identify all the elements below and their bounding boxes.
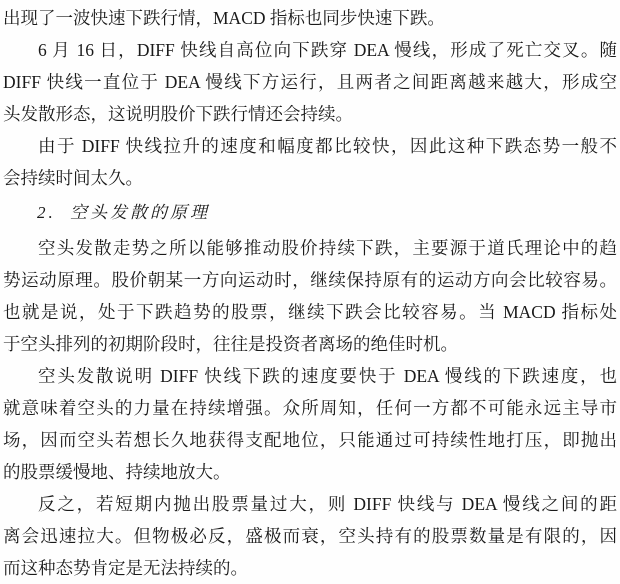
text-line: 于空头排列的初期阶段时，往往是投资者离场的绝佳时机。 — [3, 328, 617, 360]
paragraph: 由于 DIFF 快线拉升的速度和幅度都比较快，因此这种下跌态势一般不会持续时间太… — [3, 130, 617, 194]
text-line: 也就是说，处于下跌趋势的股票，继续下跌会比较容易。当 MACD 指标处 — [3, 296, 617, 328]
text-line: 反之，若短期内抛出股票量过大，则 DIFF 快线与 DEA 慢线之间的距 — [3, 488, 617, 520]
page-text: 出现了一波快速下跌行情，MACD 指标也同步快速下跌。6 月 16 日，DIFF… — [3, 2, 617, 584]
text-line: 由于 DIFF 快线拉升的速度和幅度都比较快，因此这种下跌态势一般不 — [3, 130, 617, 162]
text-line: 就意味着空头的力量在持续增强。众所周知，任何一方都不可能永远主导市 — [3, 392, 617, 424]
paragraph: 空头发散走势之所以能够推动股价持续下跌，主要源于道氏理论中的趋势运动原理。股价朝… — [3, 232, 617, 360]
text-line: 2. 空头发散的原理 — [3, 197, 617, 229]
book-page: 出现了一波快速下跌行情，MACD 指标也同步快速下跌。6 月 16 日，DIFF… — [0, 0, 620, 584]
text-line: DIFF 快线一直位于 DEA 慢线下方运行，且两者之间距离越来越大，形成空 — [3, 66, 617, 98]
text-line: 场，因而空头若想长久地获得支配地位，只能通过可持续性地打压，即抛出 — [3, 424, 617, 456]
paragraph: 6 月 16 日，DIFF 快线自高位向下跌穿 DEA 慢线，形成了死亡交叉。随… — [3, 34, 617, 130]
text-line: 空头发散走势之所以能够推动股价持续下跌，主要源于道氏理论中的趋 — [3, 232, 617, 264]
text-line: 会持续时间太久。 — [3, 162, 617, 194]
text-line: 空头发散说明 DIFF 快线下跌的速度要快于 DEA 慢线的下跌速度，也 — [3, 360, 617, 392]
paragraph: 反之，若短期内抛出股票量过大，则 DIFF 快线与 DEA 慢线之间的距离会迅速… — [3, 488, 617, 584]
text-line: 的股票缓慢地、持续地放大。 — [3, 456, 617, 488]
text-line: 势运动原理。股价朝某一方向运动时，继续保持原有的运动方向会比较容易。 — [3, 264, 617, 296]
text-line: 头发散形态，这说明股价下跌行情还会持续。 — [3, 98, 617, 130]
text-line: 出现了一波快速下跌行情，MACD 指标也同步快速下跌。 — [3, 2, 617, 34]
section-heading: 2. 空头发散的原理 — [3, 197, 617, 229]
text-line: 6 月 16 日，DIFF 快线自高位向下跌穿 DEA 慢线，形成了死亡交叉。随… — [3, 34, 617, 66]
text-line: 而这种态势肯定是无法持续的。 — [3, 552, 617, 584]
paragraph: 出现了一波快速下跌行情，MACD 指标也同步快速下跌。 — [3, 2, 617, 34]
paragraph: 空头发散说明 DIFF 快线下跌的速度要快于 DEA 慢线的下跌速度，也就意味着… — [3, 360, 617, 488]
text-line: 离会迅速拉大。但物极必反，盛极而衰，空头持有的股票数量是有限的，因 — [3, 520, 617, 552]
